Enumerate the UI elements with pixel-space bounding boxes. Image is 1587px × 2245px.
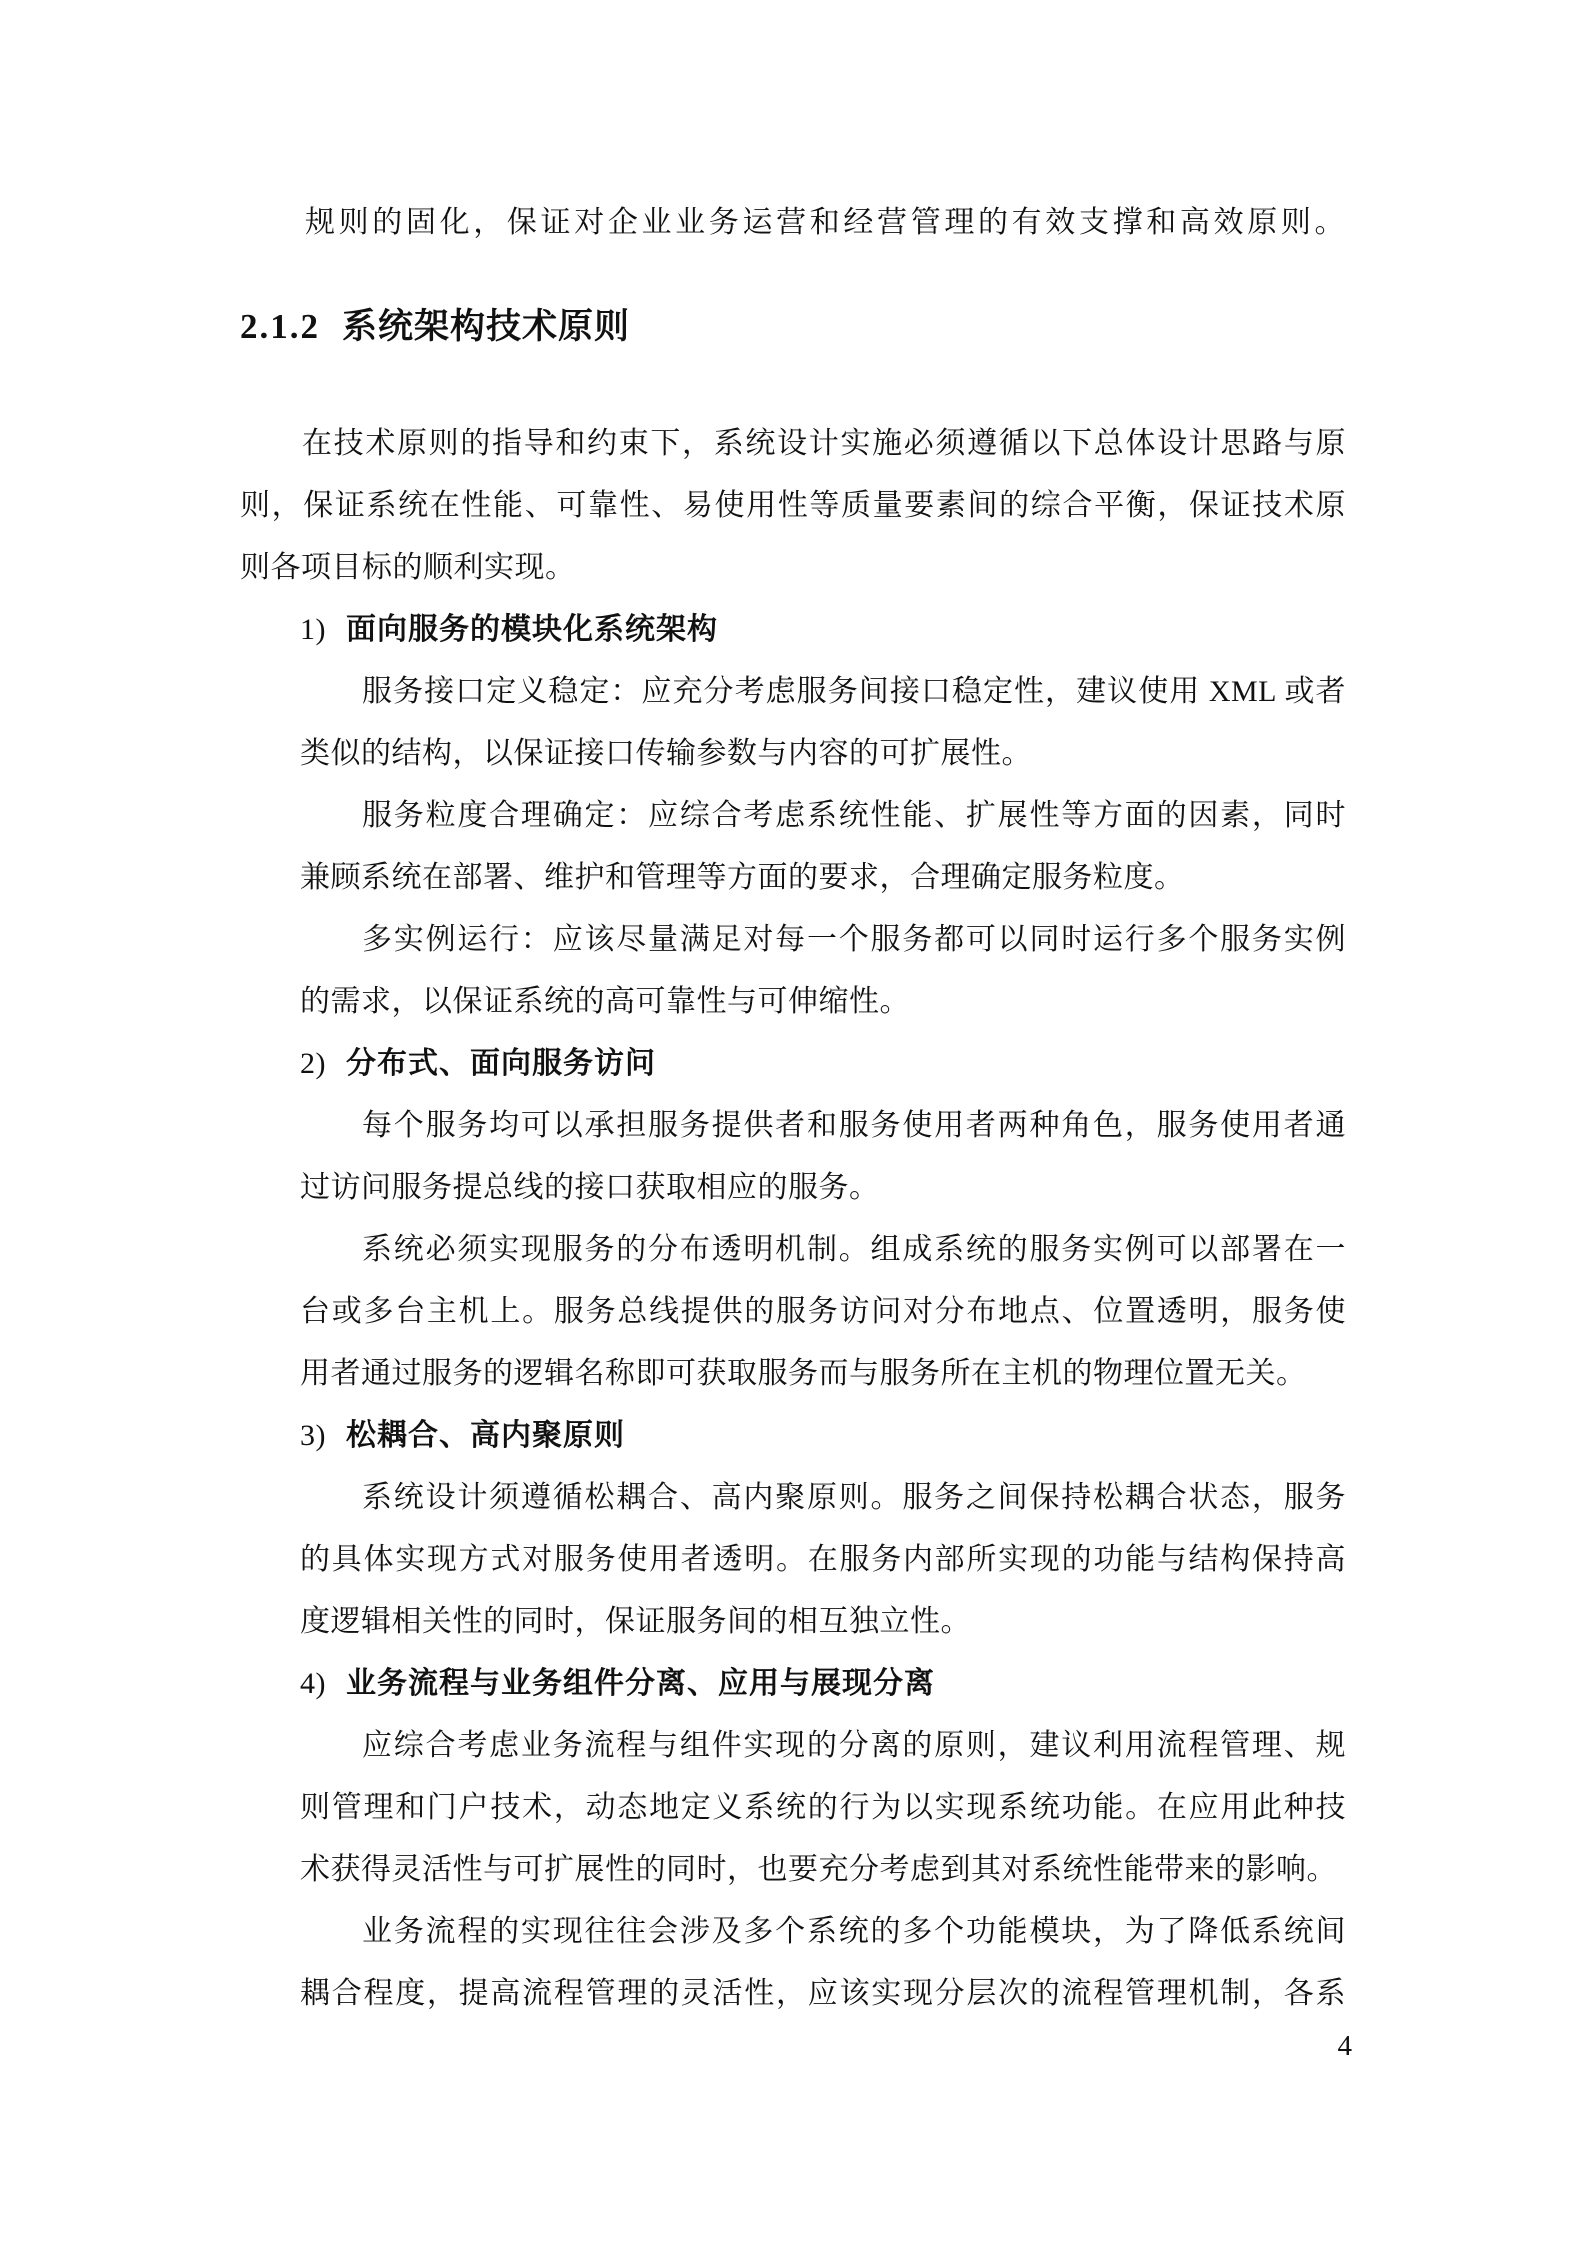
body-text-line: 每个服务均可以承担服务提供者和服务使用者两种角色，服务使用者通 [362,1106,1346,1146]
body-text-line: 兼顾系统在部署、维护和管理等方面的要求，合理确定服务粒度。 [300,858,1346,898]
document-page: 规则的固化，保证对企业业务运营和经营管理的有效支撑和高效原则。 2.1.2系统架… [0,0,1587,2245]
list-item-number: 1) [300,613,326,646]
list-item-number: 3) [300,1419,326,1452]
body-text-line: 则，保证系统在性能、可靠性、易使用性等质量要素间的综合平衡，保证技术原 [240,486,1346,526]
body-text-line: 类似的结构，以保证接口传输参数与内容的可扩展性。 [300,734,1346,774]
section-heading: 2.1.2系统架构技术原则 [240,304,630,350]
body-text-line: 的具体实现方式对服务使用者透明。在服务内部所实现的功能与结构保持高 [300,1540,1346,1580]
body-text-line: 多实例运行：应该尽量满足对每一个服务都可以同时运行多个服务实例 [362,920,1346,960]
body-text-line: 服务粒度合理确定：应综合考虑系统性能、扩展性等方面的因素，同时 [362,796,1346,836]
body-text-line: 则管理和门户技术，动态地定义系统的行为以实现系统功能。在应用此种技 [300,1788,1346,1828]
body-text-line: 的需求，以保证系统的高可靠性与可伸缩性。 [300,982,1346,1022]
body-text-line: 用者通过服务的逻辑名称即可获取服务而与服务所在主机的物理位置无关。 [300,1354,1346,1394]
body-text-line: 过访问服务提总线的接口获取相应的服务。 [300,1168,1346,1208]
body-text-line: 则各项目标的顺利实现。 [240,548,1346,588]
body-text-line: 术获得灵活性与可扩展性的同时，也要充分考虑到其对系统性能带来的影响。 [300,1850,1346,1890]
body-text-line: 应综合考虑业务流程与组件实现的分离的原则，建议利用流程管理、规 [362,1726,1346,1766]
body-text-line: 耦合程度，提高流程管理的灵活性，应该实现分层次的流程管理机制，各系 [300,1974,1346,2014]
heading-number: 2.1.2 [240,307,320,346]
list-item-label: 松耦合、高内聚原则 [346,1419,625,1452]
list-heading-line: 2)分布式、面向服务访问 [300,1044,1346,1084]
body-text-line: 业务流程的实现往往会涉及多个系统的多个功能模块，为了降低系统间 [362,1912,1346,1952]
list-item-label: 面向服务的模块化系统架构 [346,613,718,646]
body-text-line: 在技术原则的指导和约束下，系统设计实施必须遵循以下总体设计思路与原 [302,424,1346,464]
page-number: 4 [240,2028,1352,2064]
list-heading-line: 4)业务流程与业务组件分离、应用与展现分离 [300,1664,1346,1704]
list-heading-line: 3)松耦合、高内聚原则 [300,1416,1346,1456]
heading-title: 系统架构技术原则 [342,307,630,346]
list-item-number: 2) [300,1047,326,1080]
body-text-line: 服务接口定义稳定：应充分考虑服务间接口稳定性，建议使用 XML 或者 [362,672,1346,712]
list-heading-line: 1)面向服务的模块化系统架构 [300,610,1346,650]
body-text-line: 系统必须实现服务的分布透明机制。组成系统的服务实例可以部署在一 [362,1230,1346,1270]
list-item-number: 4) [300,1667,326,1700]
paragraph-fragment-line: 规则的固化，保证对企业业务运营和经营管理的有效支撑和高效原则。 [305,203,1345,243]
list-item-label: 业务流程与业务组件分离、应用与展现分离 [346,1667,935,1700]
body-text-line: 系统设计须遵循松耦合、高内聚原则。服务之间保持松耦合状态，服务 [362,1478,1346,1518]
body-text-line: 台或多台主机上。服务总线提供的服务访问对分布地点、位置透明，服务使 [300,1292,1346,1332]
list-item-label: 分布式、面向服务访问 [346,1047,656,1080]
body-text-line: 度逻辑相关性的同时，保证服务间的相互独立性。 [300,1602,1346,1642]
